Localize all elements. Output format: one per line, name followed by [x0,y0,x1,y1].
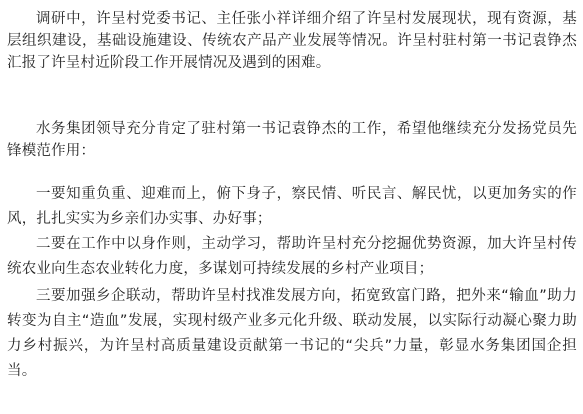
paragraph-requirement-three: 三要加强乡企联动，帮助许呈村找准发展方向，拓宽致富门路，把外来“输血”助力转变为… [7,284,577,384]
paragraph-research-intro: 调研中，许呈村党委书记、主任张小祥详细介绍了许呈村发展现状，现有资源，基层组织建… [7,8,577,74]
paragraph-leadership-affirmation: 水务集团领导充分肯定了驻村第一书记袁铮杰的工作，希望他继续充分发扬党员先锋模范作… [7,118,577,162]
paragraph-requirement-one: 一要知重负重、迎难而上，俯下身子，察民情、听民言、解民忧，以更加务实的作风，扎扎… [7,182,577,232]
paragraph-requirement-two: 二要在工作中以身作则，主动学习，帮助许呈村充分挖掘优势资源，加大许呈村传统农业向… [7,232,577,282]
